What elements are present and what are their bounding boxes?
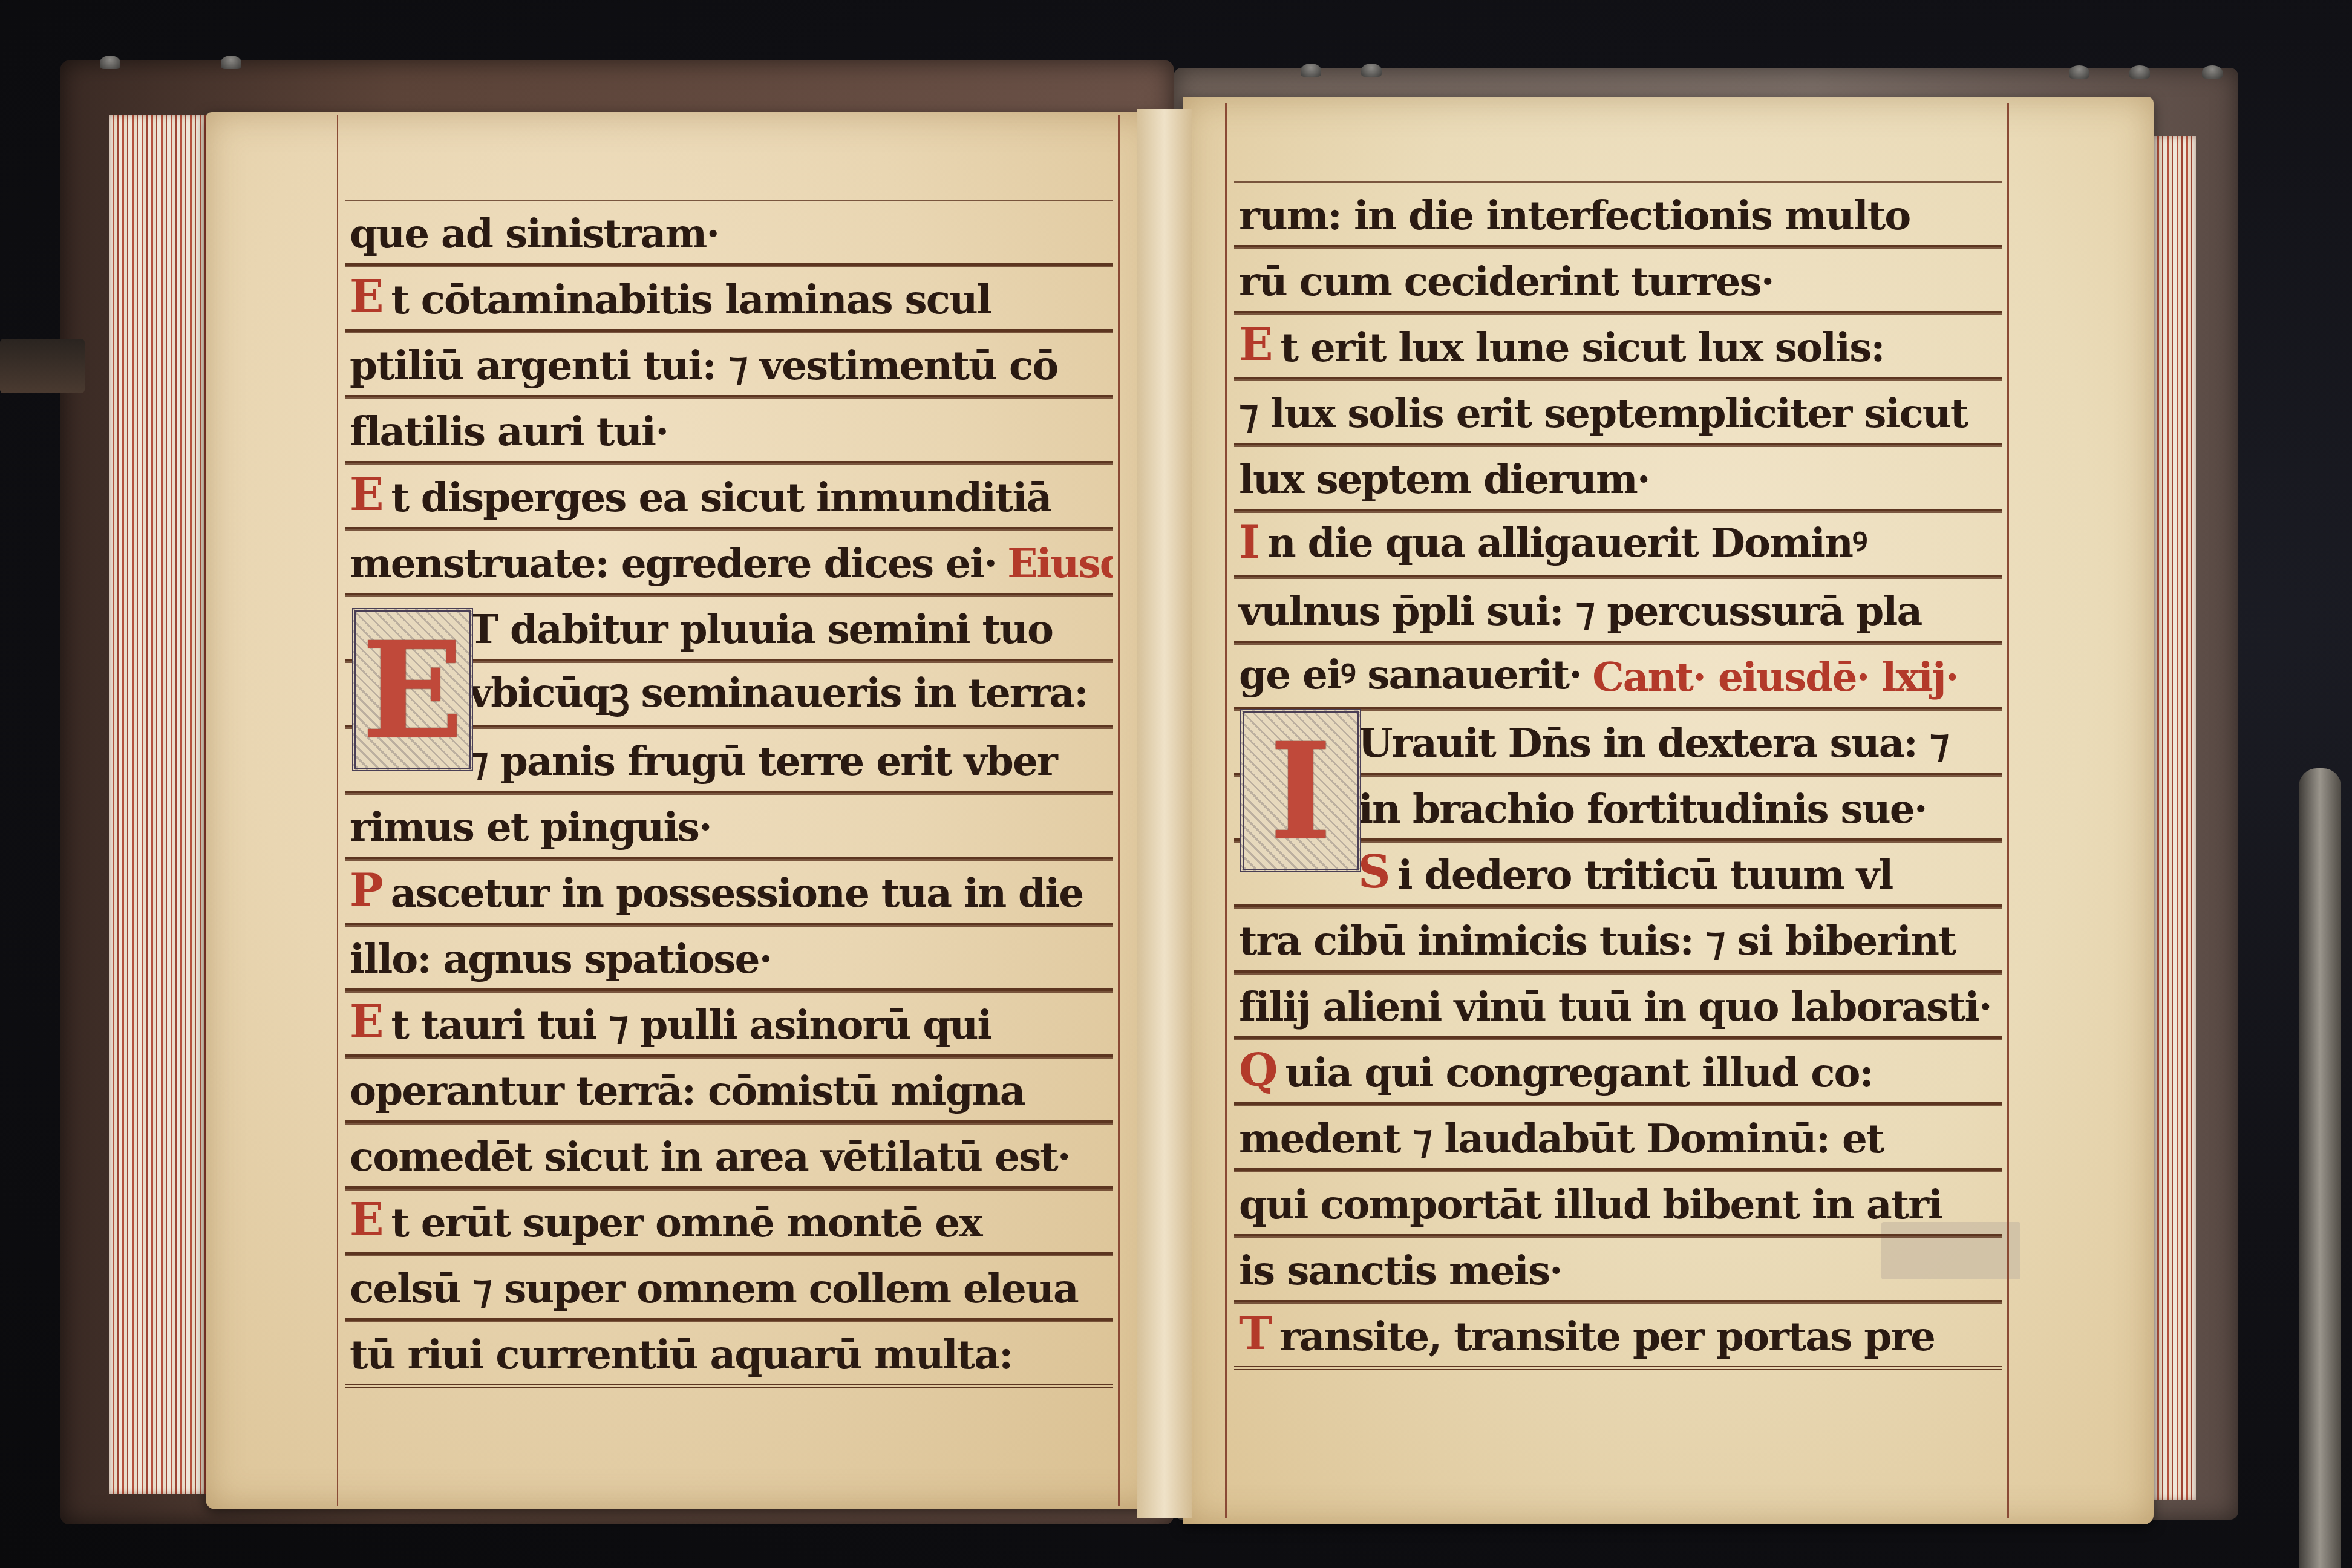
metal-stud-icon bbox=[1301, 64, 1321, 77]
line-text: in brachio fortitudinis sue· bbox=[1358, 785, 1927, 832]
manuscript-line: que ad sinistram· bbox=[345, 200, 1113, 266]
manuscript-line: comedēt sicut in area vētilatū est· bbox=[345, 1123, 1113, 1189]
manuscript-line: rum: in die interfectionis multo bbox=[1234, 181, 2002, 247]
manuscript-line: vulnus p̄pli sui: ⁊ percussurā pla bbox=[1234, 577, 2002, 643]
illuminated-initial-i: I bbox=[1240, 709, 1361, 872]
line-text: celsū ⁊ super omnem collem eleua bbox=[350, 1265, 1078, 1312]
manuscript-line: operantur terrā: cōmistū migna bbox=[345, 1057, 1113, 1123]
line-text: illo: agnus spatiose· bbox=[350, 935, 771, 982]
line-text: lux septem dierum· bbox=[1239, 456, 1650, 503]
manuscript-line: ⁊ lux solis erit septempliciter sicut bbox=[1234, 379, 2002, 445]
manuscript-line: lux septem dierum· bbox=[1234, 445, 2002, 511]
line-text: operantur terrā: cōmistū migna bbox=[350, 1067, 1025, 1114]
manuscript-line: tra cibū inimicis tuis: ⁊ si biberint bbox=[1234, 907, 2002, 973]
line-text: ge eiꝰ sanauerit· bbox=[1239, 646, 1581, 701]
manuscript-line: ge eiꝰ sanauerit·Cant· eiusdē· lxij· bbox=[1234, 643, 2002, 709]
manuscript-line: Quia qui congregant illud co: bbox=[1234, 1039, 2002, 1105]
manuscript-line: Transite, transite per portas pre bbox=[1234, 1302, 2002, 1370]
manuscript-line: Pascetur in possessione tua in die bbox=[345, 859, 1113, 925]
manuscript-line: tū riui currentiū aquarū multa: bbox=[345, 1321, 1113, 1388]
line-text: ransite, transite per portas pre bbox=[1279, 1313, 1935, 1360]
rubric-heading: Cant· eiusdē· lxij· bbox=[1592, 653, 1958, 701]
right-page-edges bbox=[2154, 136, 2196, 1500]
line-text: is sanctis meis· bbox=[1239, 1247, 1562, 1294]
manuscript-line: celsū ⁊ super omnem collem eleua bbox=[345, 1255, 1113, 1321]
metal-stud-icon bbox=[1361, 64, 1382, 77]
left-page-edges bbox=[109, 115, 206, 1494]
leather-clasp bbox=[0, 339, 85, 393]
manuscript-line: rimus et pinguis· bbox=[345, 793, 1113, 859]
line-text: rum: in die interfectionis multo bbox=[1239, 192, 1910, 239]
line-text: medent ⁊ laudabūt Dominū: et bbox=[1239, 1115, 1883, 1162]
manuscript-line: ptiliū argenti tui: ⁊ vestimentū cō bbox=[345, 332, 1113, 397]
rubricated-capital: E bbox=[350, 271, 382, 323]
line-text: t tauri tui ⁊ pulli asinorū qui bbox=[391, 1001, 991, 1048]
illuminated-initial-e: E bbox=[352, 608, 473, 771]
line-text: t erit lux lune sicut lux solis: bbox=[1280, 324, 1884, 371]
line-text: tū riui currentiū aquarū multa: bbox=[350, 1331, 1012, 1378]
rubricated-capital: I bbox=[1239, 517, 1259, 569]
line-text: T dabitur pluuia semini tuo bbox=[469, 606, 1053, 653]
line-text: t cōtaminabitis laminas scul bbox=[391, 276, 991, 323]
line-text: i dedero triticū tuum vl bbox=[1397, 851, 1892, 898]
metal-stud-icon bbox=[2202, 65, 2223, 79]
rubricated-capital: Q bbox=[1239, 1044, 1276, 1096]
line-text: ⁊ panis frugū terre erit vber bbox=[469, 737, 1057, 785]
manuscript-line: medent ⁊ laudabūt Dominū: et bbox=[1234, 1105, 2002, 1171]
left-text-block: que ad sinistram·Et cōtaminabitis lamina… bbox=[345, 200, 1113, 1388]
line-text: ptiliū argenti tui: ⁊ vestimentū cō bbox=[350, 342, 1057, 389]
rubric-heading: Eiusd bbox=[1007, 540, 1113, 587]
line-text: que ad sinistram· bbox=[350, 210, 719, 257]
line-text: qui comportāt illud bibent in atri bbox=[1239, 1181, 1942, 1228]
metal-stud-icon bbox=[100, 56, 120, 69]
manuscript-line: Et disperges ea sicut inmunditiā bbox=[345, 463, 1113, 529]
line-text: filij alieni vinū tuū in quo laborasti· bbox=[1239, 983, 1991, 1030]
manuscript-line: illo: agnus spatiose· bbox=[345, 925, 1113, 991]
line-text: vbicūqꝫ seminaueris in terra: bbox=[469, 664, 1088, 719]
line-text: ⁊ lux solis erit septempliciter sicut bbox=[1239, 390, 1967, 437]
rubricated-capital: E bbox=[1239, 319, 1272, 371]
line-text: flatilis auri tui· bbox=[350, 408, 668, 455]
rubricated-capital: E bbox=[350, 469, 382, 521]
line-text: comedēt sicut in area vētilatū est· bbox=[350, 1133, 1070, 1180]
line-text: ascetur in possessione tua in die bbox=[391, 869, 1083, 916]
line-text: Urauit Dn̄s in dextera sua: ⁊ bbox=[1358, 719, 1949, 766]
manuscript-line: Et cōtaminabitis laminas scul bbox=[345, 266, 1113, 332]
metal-stud-icon bbox=[221, 56, 241, 69]
book-support-rod bbox=[2299, 768, 2341, 1568]
rubricated-capital: E bbox=[350, 996, 382, 1048]
rubricated-capital: S bbox=[1358, 846, 1389, 898]
manuscript-line: flatilis auri tui· bbox=[345, 397, 1113, 463]
metal-stud-icon bbox=[2069, 65, 2089, 79]
line-text: rū cum ceciderint turres· bbox=[1239, 258, 1774, 305]
manuscript-line: filij alieni vinū tuū in quo laborasti· bbox=[1234, 973, 2002, 1039]
line-text: uia qui congregant illud co: bbox=[1285, 1049, 1872, 1096]
rubricated-capital: E bbox=[350, 1194, 382, 1246]
manuscript-line: Et erit lux lune sicut lux solis: bbox=[1234, 313, 2002, 379]
line-text: menstruate: egredere dices ei· bbox=[350, 540, 996, 587]
line-text: tra cibū inimicis tuis: ⁊ si biberint bbox=[1239, 917, 1956, 964]
line-text: t disperges ea sicut inmunditiā bbox=[391, 474, 1051, 521]
manuscript-line: qui comportāt illud bibent in atri bbox=[1234, 1171, 2002, 1236]
book-gutter bbox=[1137, 109, 1192, 1518]
rubricated-capital: T bbox=[1239, 1308, 1271, 1360]
line-text: rimus et pinguis· bbox=[350, 803, 711, 851]
manuscript-line: In die qua alligauerit Dominꝰ bbox=[1234, 511, 2002, 577]
rubricated-capital: P bbox=[350, 864, 382, 916]
manuscript-line: Et tauri tui ⁊ pulli asinorū qui bbox=[345, 991, 1113, 1057]
manuscript-line: menstruate: egredere dices ei·Eiusd bbox=[345, 529, 1113, 595]
manuscript-line: rū cum ceciderint turres· bbox=[1234, 247, 2002, 313]
manuscript-line: Et erūt super omnē montē ex bbox=[345, 1189, 1113, 1255]
line-text: vulnus p̄pli sui: ⁊ percussurā pla bbox=[1239, 587, 1921, 635]
line-text: n die qua alligauerit Dominꝰ bbox=[1267, 514, 1867, 569]
manuscript-line: is sanctis meis· bbox=[1234, 1236, 2002, 1302]
metal-stud-icon bbox=[2129, 65, 2150, 79]
line-text: t erūt super omnē montē ex bbox=[391, 1199, 981, 1246]
